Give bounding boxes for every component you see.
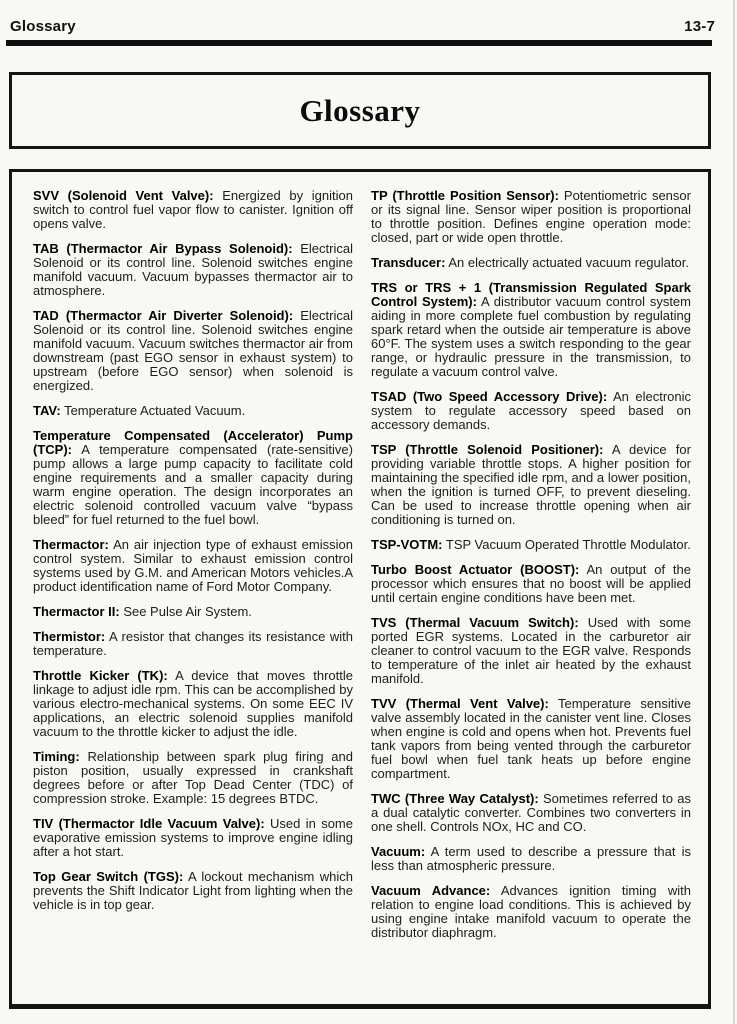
glossary-term: Thermistor: [33,629,105,644]
glossary-entry: Turbo Boost Actuator (BOOST): An output … [371,563,691,605]
glossary-term: TWC (Three Way Catalyst): [371,791,539,806]
glossary-term: TIV (Thermactor Idle Vacuum Valve): [33,816,265,831]
glossary-entry: Thermactor II: See Pulse Air System. [33,605,353,619]
glossary-definition: TSP Vacuum Operated Throttle Modulator. [446,537,691,552]
glossary-term: Timing: [33,749,80,764]
running-header-section: Glossary [10,18,76,35]
glossary-entry: Throttle Kicker (TK): A device that move… [33,669,353,739]
glossary-entry: Vacuum Advance: Advances ignition timing… [371,884,691,940]
glossary-definition: A temperature compensated (rate-sensitiv… [33,442,353,527]
glossary-term: SVV (Solenoid Vent Valve): [33,188,214,203]
page-edge-shadow [733,0,735,1024]
glossary-entry: TP (Throttle Position Sensor): Potentiom… [371,189,691,245]
glossary-term: Transducer: [371,255,445,270]
glossary-entry: SVV (Solenoid Vent Valve): Energized by … [33,189,353,231]
glossary-term: TSP-VOTM: [371,537,443,552]
glossary-entry: TVS (Thermal Vacuum Switch): Used with s… [371,616,691,686]
glossary-term: TVV (Thermal Vent Valve): [371,696,549,711]
glossary-definition: Relationship between spark plug firing a… [33,749,353,806]
glossary-entry: TWC (Three Way Catalyst): Sometimes refe… [371,792,691,834]
right-column: TP (Throttle Position Sensor): Potentiom… [371,189,691,1004]
glossary-term: TVS (Thermal Vacuum Switch): [371,615,579,630]
glossary-entry: TSP (Throttle Solenoid Positioner): A de… [371,443,691,527]
glossary-entry: Transducer: An electrically actuated vac… [371,256,691,270]
glossary-entry: TIV (Thermactor Idle Vacuum Valve): Used… [33,817,353,859]
header-rule [6,40,712,46]
manual-page: { "header": { "section": "Glossary", "pa… [0,0,737,1024]
glossary-entry: TSAD (Two Speed Accessory Drive): An ele… [371,390,691,432]
glossary-entry: Thermactor: An air injection type of exh… [33,538,353,594]
glossary-term: Vacuum Advance: [371,883,490,898]
glossary-entry: TAB (Thermactor Air Bypass Solenoid): El… [33,242,353,298]
glossary-entry: Temperature Compensated (Accelerator) Pu… [33,429,353,527]
glossary-term: TSAD (Two Speed Accessory Drive): [371,389,607,404]
glossary-entry: Vacuum: A term used to describe a pressu… [371,845,691,873]
glossary-definition: An electrically actuated vacuum regulato… [448,255,689,270]
glossary-entry: Top Gear Switch (TGS): A lockout mechani… [33,870,353,912]
glossary-definition: Temperature Actuated Vacuum. [64,403,245,418]
glossary-term: TSP (Throttle Solenoid Positioner): [371,442,603,457]
glossary-entry: TSP-VOTM: TSP Vacuum Operated Throttle M… [371,538,691,552]
title-box: Glossary [9,72,711,149]
glossary-content-box: SVV (Solenoid Vent Valve): Energized by … [9,169,711,1009]
glossary-term: TAD (Thermactor Air Diverter Solenoid): [33,308,293,323]
glossary-term: Vacuum: [371,844,425,859]
glossary-entry: Thermistor: A resistor that changes its … [33,630,353,658]
glossary-entry: Timing: Relationship between spark plug … [33,750,353,806]
glossary-entry: TVV (Thermal Vent Valve): Temperature se… [371,697,691,781]
glossary-definition: See Pulse Air System. [123,604,252,619]
glossary-term: Throttle Kicker (TK): [33,668,168,683]
glossary-term: Top Gear Switch (TGS): [33,869,183,884]
glossary-term: Thermactor: [33,537,109,552]
page-number: 13-7 [684,18,715,35]
glossary-term: Thermactor II: [33,604,120,619]
glossary-entry: TAD (Thermactor Air Diverter Solenoid): … [33,309,353,393]
glossary-term: TAB (Thermactor Air Bypass Solenoid): [33,241,293,256]
glossary-term: Turbo Boost Actuator (BOOST): [371,562,579,577]
left-column: SVV (Solenoid Vent Valve): Energized by … [33,189,353,1004]
running-header: Glossary 13-7 [0,0,737,35]
glossary-term: TAV: [33,403,61,418]
glossary-entry: TAV: Temperature Actuated Vacuum. [33,404,353,418]
page-title: Glossary [299,93,420,129]
glossary-term: TP (Throttle Position Sensor): [371,188,559,203]
glossary-entry: TRS or TRS + 1 (Transmission Regulated S… [371,281,691,379]
